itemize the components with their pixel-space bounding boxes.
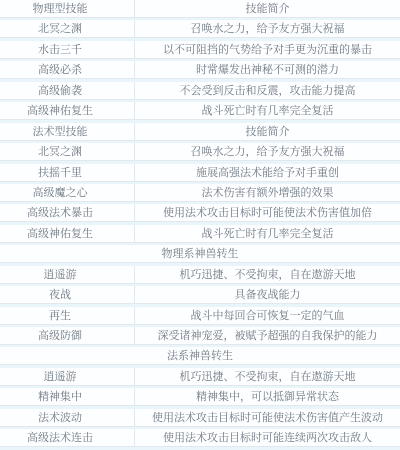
skill-desc-cell: 使用法术攻击目标时可能使法术伤害值加倍: [135, 204, 400, 221]
table-row: 高级神佑复生战斗死亡时有几率完全复活: [0, 225, 400, 243]
table-row: 精神集中精神集中，可以抵御异常状态: [0, 388, 400, 406]
skill-name-cell: 高级神佑复生: [0, 225, 135, 242]
table-row: 高级法术连击使用法术攻击目标时可能连续两次攻击敌人: [0, 429, 400, 447]
table-row: 高级神佑复生战斗死亡时有几率完全复活: [0, 102, 400, 120]
skill-desc-cell: 机巧迅捷、不受拘束，自在遨游天地: [135, 368, 400, 385]
skill-type-header: 物理型技能: [0, 0, 135, 17]
table-row: 高级必杀时常爆发出神秘不可测的潜力: [0, 61, 400, 79]
column-header-row: 法术型技能技能简介: [0, 123, 400, 141]
skill-name-cell: 逍遥游: [0, 368, 135, 385]
skill-desc-cell: 法术伤害有额外增强的效果: [135, 184, 400, 201]
table-row: 逍遥游机巧迅捷、不受拘束，自在遨游天地: [0, 266, 400, 284]
skill-name-cell: 高级法术连击: [0, 429, 135, 446]
skill-desc-cell: 召唤水之力，给予友方强大祝福: [135, 143, 400, 160]
skill-desc-cell: 战斗死亡时有几率完全复活: [135, 225, 400, 242]
column-header-row: 物理型技能技能简介: [0, 0, 400, 18]
skill-desc-cell: 机巧迅捷、不受拘束，自在遨游天地: [135, 266, 400, 283]
skill-desc-cell: 施展高强法术能给予对手重创: [135, 164, 400, 181]
skill-desc-cell: 战斗死亡时有几率完全复活: [135, 102, 400, 119]
skill-name-cell: 高级偷袭: [0, 82, 135, 99]
table-row: 高级偷袭不会受到反击和反震，攻击能力提高: [0, 82, 400, 100]
table-row: 扶摇千里施展高强法术能给予对手重创: [0, 164, 400, 182]
skill-name-cell: 高级魔之心: [0, 184, 135, 201]
skill-desc-cell: 精神集中，可以抵御异常状态: [135, 388, 400, 405]
table-row: 高级魔之心法术伤害有额外增强的效果: [0, 184, 400, 202]
skill-name-cell: 逍遥游: [0, 266, 135, 283]
skill-desc-cell: 使用法术攻击目标时可能连续两次攻击敌人: [135, 429, 400, 446]
skill-name-cell: 法术波动: [0, 409, 135, 426]
table-row: 水击三千以不可阻挡的气势给予对手更为沉重的暴击: [0, 41, 400, 59]
skill-desc-cell: 不会受到反击和反震，攻击能力提高: [135, 82, 400, 99]
skill-name-cell: 精神集中: [0, 388, 135, 405]
table-row: 再生战斗中每回合可恢复一定的气血: [0, 307, 400, 325]
skill-type-header: 法术型技能: [0, 123, 135, 140]
skill-name-cell: 北冥之渊: [0, 20, 135, 37]
table-row: 逍遥游机巧迅捷、不受拘束，自在遨游天地: [0, 368, 400, 386]
skill-desc-cell: 时常爆发出神秘不可测的潜力: [135, 61, 400, 78]
section-header-row: 物理系神兽转生: [0, 245, 400, 263]
section-header-row: 法系神兽转生: [0, 347, 400, 365]
skill-name-cell: 高级神佑复生: [0, 102, 135, 119]
skill-desc-cell: 使用法术攻击目标时可能使法术伤害值产生波动: [135, 409, 400, 426]
skill-desc-cell: 以不可阻挡的气势给予对手更为沉重的暴击: [135, 41, 400, 58]
skill-intro-header: 技能简介: [135, 123, 400, 140]
skill-name-cell: 高级法术暴击: [0, 204, 135, 221]
table-row: 法术波动使用法术攻击目标时可能使法术伤害值产生波动: [0, 409, 400, 427]
skill-name-cell: 北冥之渊: [0, 143, 135, 160]
table-row: 北冥之渊召唤水之力，给予友方强大祝福: [0, 143, 400, 161]
section-title: 物理系神兽转生: [0, 245, 400, 262]
section-title: 法系神兽转生: [0, 347, 400, 364]
skills-table: 物理型技能技能简介北冥之渊召唤水之力，给予友方强大祝福水击三千以不可阻挡的气势给…: [0, 0, 400, 450]
skill-desc-cell: 深受诸神宠爱，被赋予超强的自我保护的能力: [135, 327, 400, 344]
skill-desc-cell: 召唤水之力，给予友方强大祝福: [135, 20, 400, 37]
skill-name-cell: 夜战: [0, 286, 135, 303]
skill-name-cell: 水击三千: [0, 41, 135, 58]
table-row: 高级法术暴击使用法术攻击目标时可能使法术伤害值加倍: [0, 204, 400, 222]
skill-name-cell: 高级防御: [0, 327, 135, 344]
skill-desc-cell: 战斗中每回合可恢复一定的气血: [135, 307, 400, 324]
skill-name-cell: 再生: [0, 307, 135, 324]
skill-desc-cell: 具备夜战能力: [135, 286, 400, 303]
table-row: 北冥之渊召唤水之力，给予友方强大祝福: [0, 20, 400, 38]
skill-intro-header: 技能简介: [135, 0, 400, 17]
table-row: 夜战具备夜战能力: [0, 286, 400, 304]
skill-name-cell: 扶摇千里: [0, 164, 135, 181]
skill-name-cell: 高级必杀: [0, 61, 135, 78]
table-row: 高级防御深受诸神宠爱，被赋予超强的自我保护的能力: [0, 327, 400, 345]
